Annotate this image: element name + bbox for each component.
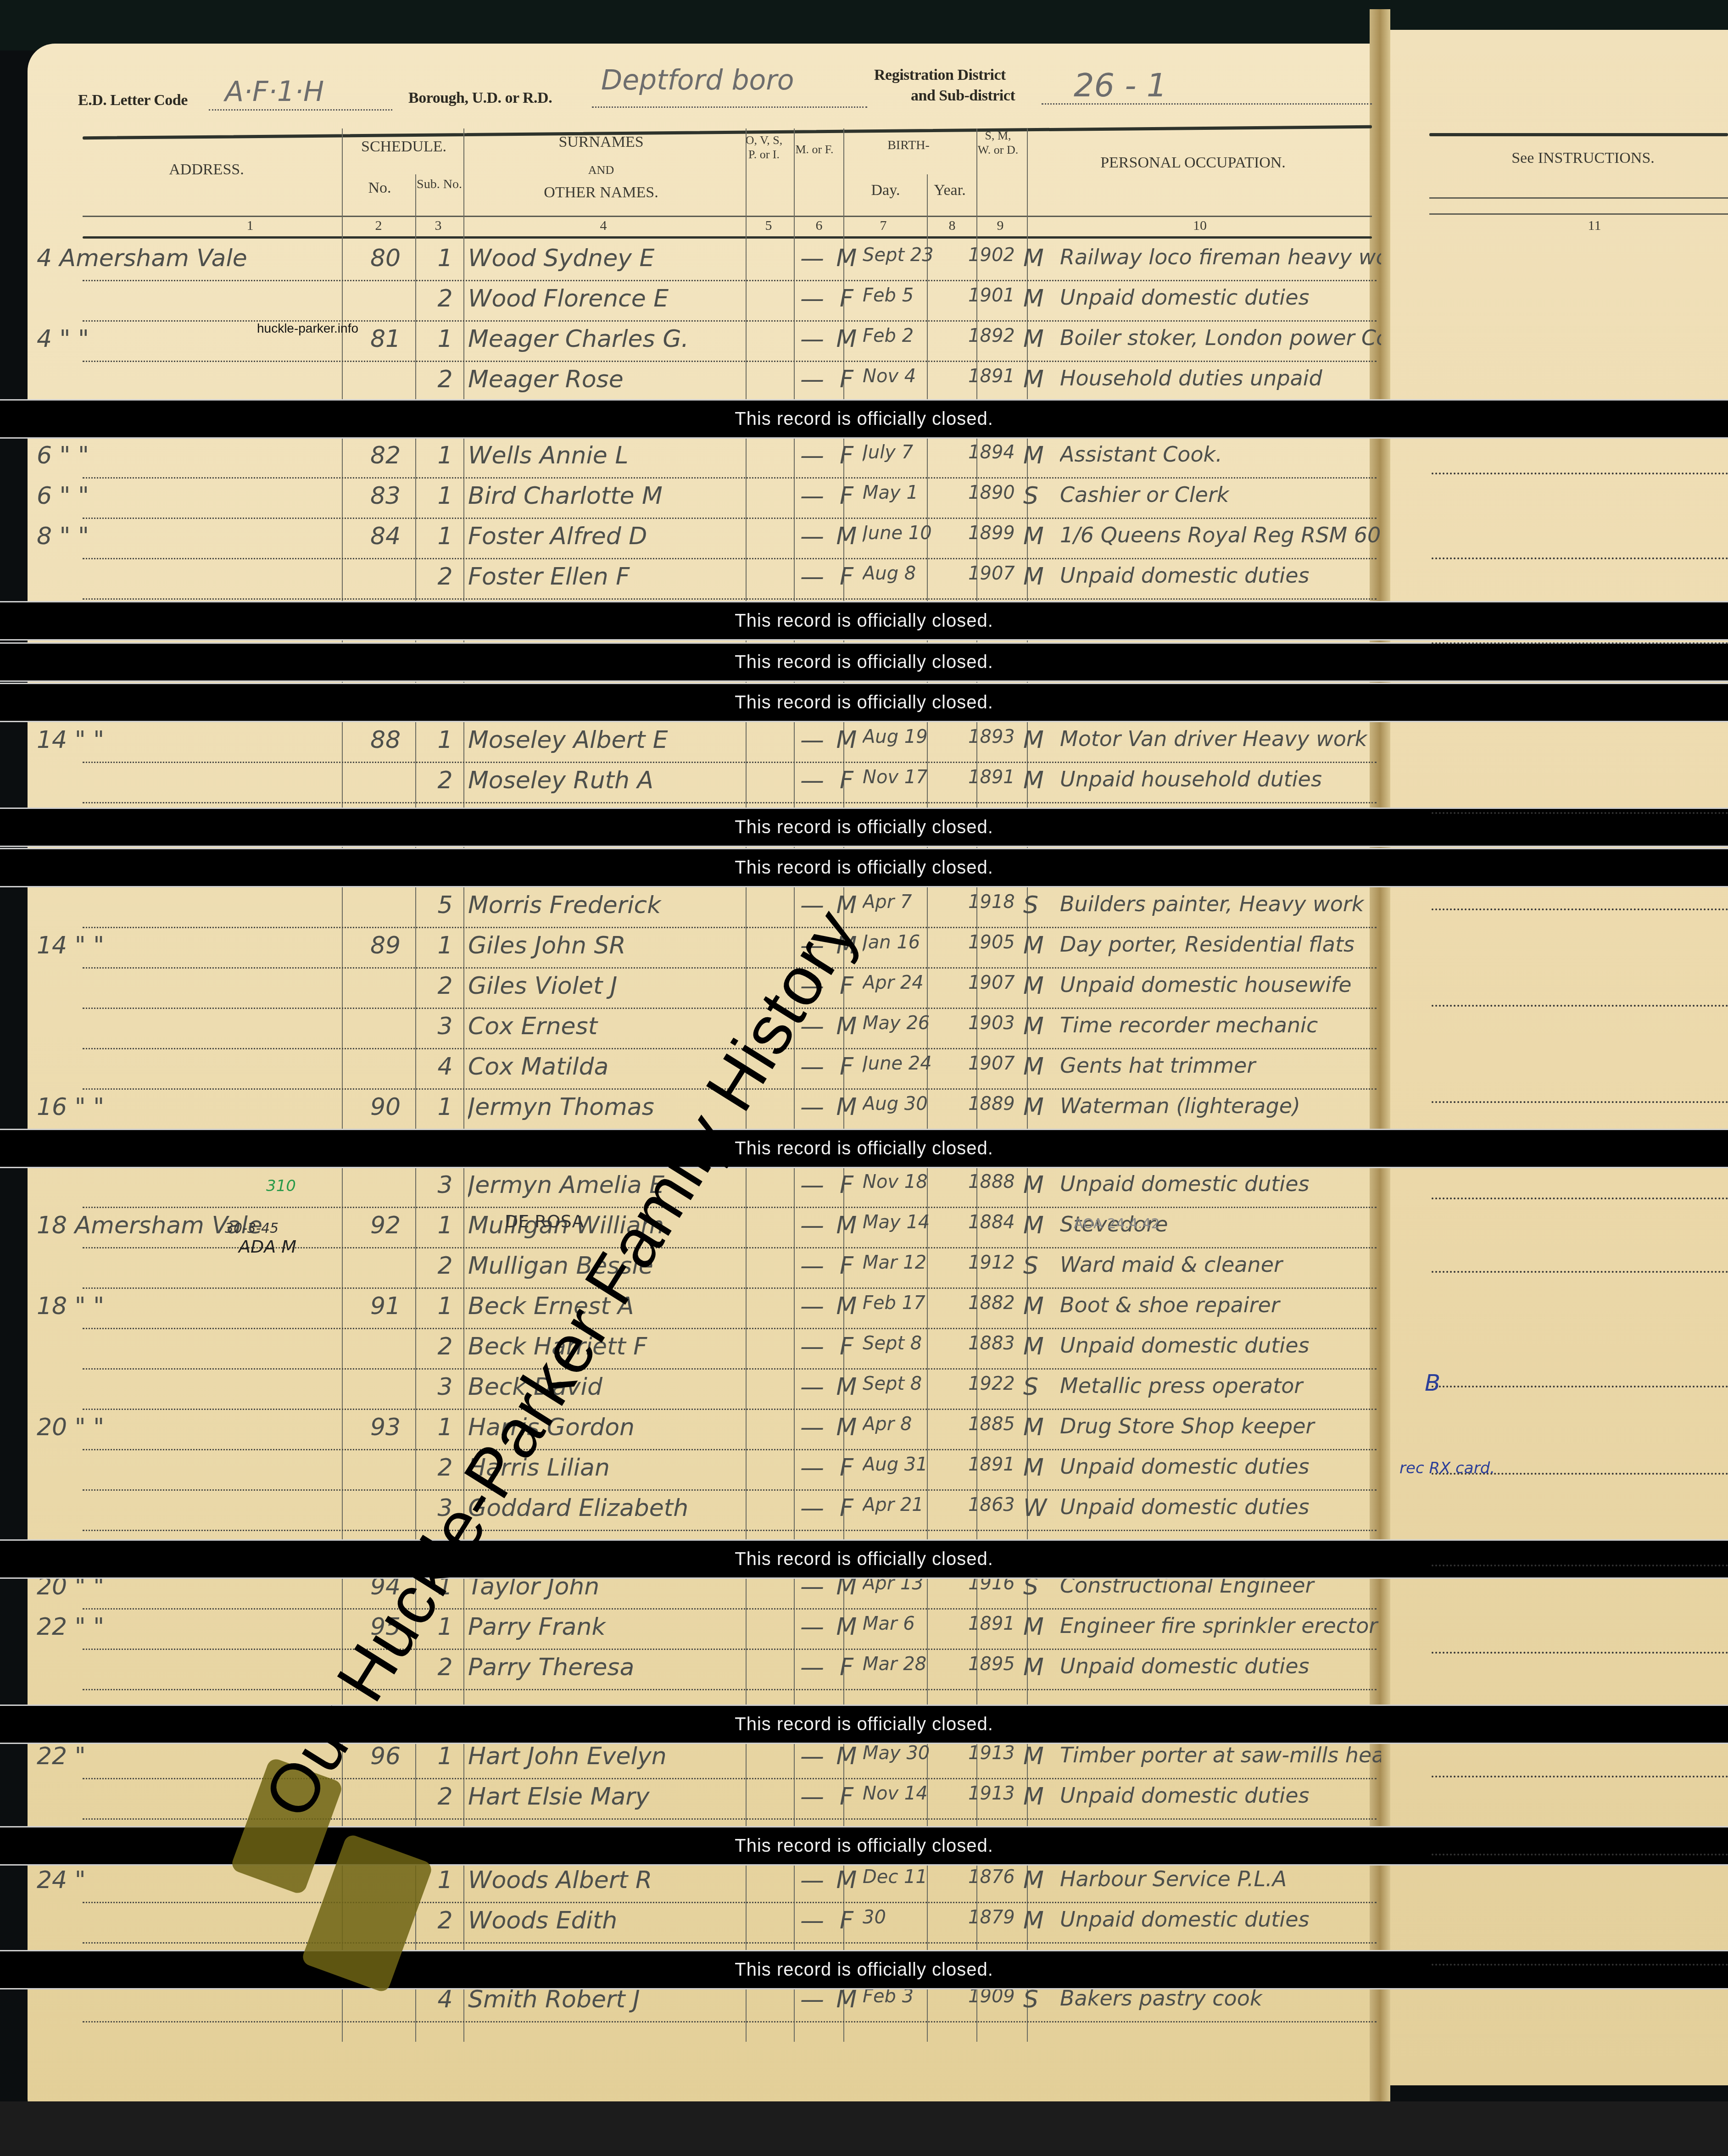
closed-record-bar: This record is officially closed. bbox=[0, 601, 1728, 641]
cell-no: 84 bbox=[353, 523, 418, 550]
cell-occupation: Unpaid domestic duties bbox=[1060, 563, 1381, 588]
cell-year: 1905 bbox=[968, 932, 1019, 953]
cell-occupation: Gents hat trimmer bbox=[1060, 1053, 1381, 1078]
cell-year: 1890 bbox=[968, 482, 1019, 503]
cell-marital: M bbox=[1023, 523, 1055, 550]
census-row: 3Cox Ernest—MMay 261903MTime recorder me… bbox=[37, 1009, 1377, 1049]
col-occupation: PERSONAL OCCUPATION. bbox=[1032, 154, 1354, 173]
cell-marital: M bbox=[1023, 563, 1055, 591]
census-row: 4 Amersham Vale801Wood Sydney E—MSept 23… bbox=[37, 241, 1377, 281]
dark-background-bottom bbox=[0, 2101, 1728, 2156]
closed-record-bar: This record is officially closed. bbox=[0, 683, 1728, 722]
column-number: 1 bbox=[241, 218, 259, 234]
cell-address: 6 " " bbox=[37, 482, 330, 510]
cell-year: 1892 bbox=[968, 325, 1019, 346]
cell-marital: S bbox=[1023, 1252, 1055, 1280]
cell-name: Hart Elsie Mary bbox=[468, 1783, 789, 1811]
cell-day: 30 bbox=[863, 1907, 968, 1928]
cell-occupation: Unpaid domestic duties bbox=[1060, 1171, 1381, 1196]
col-schedule: SCHEDULE. bbox=[344, 138, 463, 156]
cell-sub: 2 bbox=[431, 563, 459, 591]
cell-sex: M bbox=[831, 523, 863, 550]
cell-day: Aug 19 bbox=[863, 726, 968, 747]
cell-occupation: Motor Van driver Heavy work bbox=[1060, 726, 1381, 751]
right-page-line bbox=[1432, 557, 1728, 559]
cell-sex: M bbox=[831, 1743, 863, 1770]
sub-district-label: and Sub-district bbox=[911, 87, 1015, 105]
cell-sex: M bbox=[831, 1373, 863, 1401]
cell-ovs: — bbox=[798, 1093, 826, 1121]
column-number: 8 bbox=[943, 218, 961, 234]
cell-occupation: Waterman (lighterage) bbox=[1060, 1093, 1381, 1118]
census-row: 2Woods Edith—F301879MUnpaid domestic dut… bbox=[37, 1903, 1377, 1944]
margin-note-green-310: 310 bbox=[266, 1177, 296, 1195]
cell-no: 82 bbox=[353, 442, 418, 469]
cell-day: Nov 18 bbox=[863, 1171, 968, 1192]
column-number: 4 bbox=[594, 218, 613, 234]
right-page-line bbox=[1432, 908, 1728, 910]
census-row: 2Mulligan Bessie—FMar 121912SWard maid &… bbox=[37, 1248, 1377, 1289]
cell-marital: W bbox=[1023, 1494, 1055, 1522]
column-number: 7 bbox=[874, 218, 892, 234]
row-dotted-rule bbox=[83, 802, 1377, 803]
cell-occupation: Cashier or Clerk bbox=[1060, 482, 1381, 507]
cell-name: Beck Harriett F bbox=[468, 1333, 789, 1360]
col-schedule-no: No. bbox=[346, 179, 413, 198]
cell-no: 80 bbox=[353, 245, 418, 272]
cell-sex: F bbox=[831, 1494, 863, 1522]
cell-no: 90 bbox=[353, 1093, 418, 1121]
cell-address: 18 " " bbox=[37, 1292, 330, 1320]
cell-day: July 7 bbox=[863, 442, 968, 463]
cell-name: Woods Albert R bbox=[468, 1866, 789, 1894]
col-schedule-sub: Sub. No. bbox=[415, 177, 463, 192]
cell-day: Aug 8 bbox=[863, 563, 968, 584]
census-row: 2Meager Rose—FNov 41891MHousehold duties… bbox=[37, 362, 1377, 402]
cell-occupation: Boot & shoe repairer bbox=[1060, 1292, 1381, 1317]
cell-sub: 4 bbox=[431, 1053, 459, 1081]
cell-year: 1907 bbox=[968, 1053, 1019, 1074]
cell-year: 1907 bbox=[968, 563, 1019, 584]
cell-sex: F bbox=[831, 482, 863, 510]
cell-day: Nov 4 bbox=[863, 366, 968, 387]
cell-marital: M bbox=[1023, 1743, 1055, 1770]
cell-no: 83 bbox=[353, 482, 418, 510]
cell-day: Mar 6 bbox=[863, 1613, 968, 1634]
census-row: 4 " "811Meager Charles G.—MFeb 21892MBoi… bbox=[37, 322, 1377, 362]
cell-name: Smith Robert J bbox=[468, 1986, 789, 2013]
cell-marital: M bbox=[1023, 726, 1055, 754]
cell-sub: 1 bbox=[431, 1414, 459, 1441]
cell-ovs: — bbox=[798, 1212, 826, 1239]
cell-day: Sept 8 bbox=[863, 1333, 968, 1354]
closed-record-bar: This record is officially closed. bbox=[0, 1129, 1728, 1168]
cell-day: Feb 5 bbox=[863, 285, 968, 306]
cell-day: Apr 8 bbox=[863, 1414, 968, 1435]
cell-occupation: Unpaid domestic duties bbox=[1060, 1783, 1381, 1808]
cell-year: 1891 bbox=[968, 366, 1019, 387]
closed-record-bar: This record is officially closed. bbox=[0, 1539, 1728, 1579]
cell-name: Wood Sydney E bbox=[468, 245, 789, 272]
reg-district-value: 26 - 1 bbox=[1074, 67, 1167, 104]
cell-marital: M bbox=[1023, 932, 1055, 959]
cell-occupation: Day porter, Residential flats bbox=[1060, 932, 1381, 957]
census-row: 20 " "931Harris Gordon—MApr 81885MDrug S… bbox=[37, 1410, 1377, 1450]
cell-sex: F bbox=[831, 1053, 863, 1081]
cell-ovs: — bbox=[798, 366, 826, 393]
right-page-line bbox=[1432, 1005, 1728, 1007]
closed-record-bar: This record is officially closed. bbox=[0, 1705, 1728, 1744]
cell-occupation: Assistant Cook. bbox=[1060, 442, 1381, 467]
census-row: 14 " "881Moseley Albert E—MAug 191893MMo… bbox=[37, 723, 1377, 763]
cell-year: 1894 bbox=[968, 442, 1019, 463]
cell-occupation: Metallic press operator bbox=[1060, 1373, 1381, 1398]
ed-code-dotted-line bbox=[209, 109, 392, 111]
cell-name: Wood Florence E bbox=[468, 285, 789, 312]
cell-address: 20 " " bbox=[37, 1414, 330, 1441]
right-page-line bbox=[1432, 473, 1728, 474]
right-page-line bbox=[1432, 1776, 1728, 1777]
margin-note-de-rosa: DE ROSA bbox=[505, 1211, 584, 1231]
cell-day: Nov 17 bbox=[863, 767, 968, 788]
cell-sex: F bbox=[831, 285, 863, 312]
cell-sub: 2 bbox=[431, 1783, 459, 1811]
cell-ovs: — bbox=[798, 1252, 826, 1280]
right-header-bottom-rule bbox=[1429, 213, 1728, 215]
cell-sex: M bbox=[831, 325, 863, 353]
cell-address: 16 " " bbox=[37, 1093, 330, 1121]
census-row: 14 " "891Giles John SR—MJan 161905MDay p… bbox=[37, 928, 1377, 969]
cell-year: 1889 bbox=[968, 1093, 1019, 1114]
cell-sub: 1 bbox=[431, 482, 459, 510]
cell-name: Parry Frank bbox=[468, 1613, 789, 1641]
cell-occupation: Unpaid domestic housewife bbox=[1060, 972, 1381, 997]
cell-marital: M bbox=[1023, 1053, 1055, 1081]
right-header-top-rule bbox=[1429, 133, 1728, 136]
cell-name: Giles John SR bbox=[468, 932, 789, 959]
closed-record-text: This record is officially closed. bbox=[0, 1138, 1728, 1159]
cell-year: 1902 bbox=[968, 245, 1019, 266]
cell-ovs: — bbox=[798, 1414, 826, 1441]
cell-name: Moseley Albert E bbox=[468, 726, 789, 754]
cell-marital: M bbox=[1023, 1212, 1055, 1239]
cell-sex: M bbox=[831, 1093, 863, 1121]
cell-sub: 1 bbox=[431, 1212, 459, 1239]
column-number: 11 bbox=[1585, 218, 1604, 234]
cell-ovs: — bbox=[798, 285, 826, 312]
cell-marital: M bbox=[1023, 1613, 1055, 1641]
cell-sub: 1 bbox=[431, 1093, 459, 1121]
cell-day: Feb 2 bbox=[863, 325, 968, 346]
cell-ovs: — bbox=[798, 1654, 826, 1681]
col-marital: S, M, W. or D. bbox=[977, 128, 1019, 157]
cell-occupation: Railway loco fireman heavy work bbox=[1060, 245, 1381, 269]
cell-year: 1899 bbox=[968, 523, 1019, 544]
census-row: 2Moseley Ruth A—FNov 171891MUnpaid house… bbox=[37, 763, 1377, 803]
cell-no: 93 bbox=[353, 1414, 418, 1441]
row-dotted-rule bbox=[83, 1530, 1377, 1531]
cell-sub: 1 bbox=[431, 245, 459, 272]
row-dotted-rule bbox=[83, 1942, 1377, 1944]
cell-year: 1882 bbox=[968, 1292, 1019, 1314]
cell-marital: S bbox=[1023, 891, 1055, 919]
closed-record-bar: This record is officially closed. bbox=[0, 399, 1728, 439]
cell-occupation: Timber porter at saw-mills heavy worker bbox=[1060, 1743, 1381, 1767]
cell-sex: M bbox=[831, 1292, 863, 1320]
cell-day: June 24 bbox=[863, 1053, 968, 1074]
col-names-3: OTHER NAMES. bbox=[463, 184, 739, 202]
cell-sub: 2 bbox=[431, 972, 459, 1000]
cell-year: 1884 bbox=[968, 1212, 1019, 1233]
cell-no: 81 bbox=[353, 325, 418, 353]
cell-year: 1912 bbox=[968, 1252, 1019, 1273]
cell-day: Apr 7 bbox=[863, 891, 968, 913]
cell-day: Mar 12 bbox=[863, 1252, 968, 1273]
cell-day: Aug 30 bbox=[863, 1093, 968, 1114]
cell-occupation: Unpaid domestic duties bbox=[1060, 1494, 1381, 1519]
cell-year: 1863 bbox=[968, 1494, 1019, 1515]
cell-day: Jan 16 bbox=[863, 932, 968, 953]
cell-year: 1888 bbox=[968, 1171, 1019, 1192]
cell-sex: F bbox=[831, 1171, 863, 1199]
cell-ovs: — bbox=[798, 1333, 826, 1360]
cell-name: Morris Frederick bbox=[468, 891, 789, 919]
cell-occupation: Unpaid domestic duties bbox=[1060, 1654, 1381, 1678]
cell-name: Wells Annie L bbox=[468, 442, 789, 469]
cell-marital: M bbox=[1023, 1292, 1055, 1320]
cell-ovs: — bbox=[798, 767, 826, 794]
col-instructions: See INSTRUCTIONS. bbox=[1445, 149, 1721, 168]
cell-year: 1891 bbox=[968, 1454, 1019, 1475]
cell-sex: M bbox=[831, 1013, 863, 1040]
closed-record-text: This record is officially closed. bbox=[0, 409, 1728, 429]
cell-sub: 1 bbox=[431, 726, 459, 754]
cell-year: 1913 bbox=[968, 1783, 1019, 1804]
cell-occupation: Engineer fire sprinkler erector bbox=[1060, 1613, 1381, 1638]
cell-ovs: — bbox=[798, 1866, 826, 1894]
cell-marital: M bbox=[1023, 1093, 1055, 1121]
cell-sub: 2 bbox=[431, 1252, 459, 1280]
cell-marital: M bbox=[1023, 1414, 1055, 1441]
cell-marital: M bbox=[1023, 1454, 1055, 1482]
cell-year: 1891 bbox=[968, 1613, 1019, 1634]
right-header-mid-rule bbox=[1429, 197, 1728, 199]
cell-sub: 2 bbox=[431, 1907, 459, 1934]
census-row: 22 " "951Parry Frank—MMar 61891MEngineer… bbox=[37, 1610, 1377, 1650]
col-ovs: O, V, S, P. or I. bbox=[743, 133, 785, 162]
census-row: 18 " "911Beck Ernest A—MFeb 171882MBoot … bbox=[37, 1289, 1377, 1329]
cell-sex: F bbox=[831, 1252, 863, 1280]
cell-marital: M bbox=[1023, 442, 1055, 469]
cell-ovs: — bbox=[798, 523, 826, 550]
cell-marital: S bbox=[1023, 1986, 1055, 2013]
cell-year: 1893 bbox=[968, 726, 1019, 747]
cell-sub: 5 bbox=[431, 891, 459, 919]
cell-sex: M bbox=[831, 1613, 863, 1641]
census-row: 22 "961Hart John Evelyn—MMay 301913MTimb… bbox=[37, 1739, 1377, 1779]
cell-sex: M bbox=[831, 245, 863, 272]
cell-sex: F bbox=[831, 1654, 863, 1681]
cell-ovs: — bbox=[798, 1986, 826, 2013]
cell-sex: F bbox=[831, 1783, 863, 1811]
cell-no: 91 bbox=[353, 1292, 418, 1320]
cell-address: 14 " " bbox=[37, 932, 330, 959]
cell-marital: S bbox=[1023, 482, 1055, 510]
cell-occupation: Household duties unpaid bbox=[1060, 366, 1381, 390]
census-row: 2Harris Lilian—FAug 311891MUnpaid domest… bbox=[37, 1450, 1377, 1491]
cell-sub: 1 bbox=[431, 932, 459, 959]
cell-year: 1903 bbox=[968, 1013, 1019, 1034]
cell-marital: M bbox=[1023, 972, 1055, 1000]
cell-day: May 30 bbox=[863, 1743, 968, 1764]
closed-record-text: This record is officially closed. bbox=[0, 1549, 1728, 1570]
cell-address: 22 " " bbox=[37, 1613, 330, 1641]
cell-sub: 2 bbox=[431, 767, 459, 794]
cell-year: 1918 bbox=[968, 891, 1019, 913]
closed-record-text: This record is officially closed. bbox=[0, 1960, 1728, 1980]
cell-year: 1907 bbox=[968, 972, 1019, 993]
cell-sub: 1 bbox=[431, 1292, 459, 1320]
cell-occupation: Unpaid domestic duties bbox=[1060, 1454, 1381, 1479]
cell-sex: F bbox=[831, 1907, 863, 1934]
header-bottom-rule bbox=[83, 236, 1372, 239]
cell-day: Mar 28 bbox=[863, 1654, 968, 1675]
ed-letter-code-label: E.D. Letter Code bbox=[78, 92, 188, 109]
borough-dotted-line bbox=[592, 106, 867, 108]
cell-sex: F bbox=[831, 1333, 863, 1360]
cell-ovs: — bbox=[798, 1494, 826, 1522]
cell-day: Nov 14 bbox=[863, 1783, 968, 1804]
cell-ovs: — bbox=[798, 325, 826, 353]
col-address: ADDRESS. bbox=[92, 161, 321, 179]
cell-name: Foster Alfred D bbox=[468, 523, 789, 550]
cell-marital: M bbox=[1023, 1013, 1055, 1040]
borough-value: Deptford boro bbox=[601, 64, 794, 96]
census-row: 2Giles Violet J—FApr 241907MUnpaid domes… bbox=[37, 969, 1377, 1009]
cell-name: Parry Theresa bbox=[468, 1654, 789, 1681]
cell-year: 1879 bbox=[968, 1907, 1019, 1928]
row-dotted-rule bbox=[83, 598, 1377, 600]
cell-sub: 3 bbox=[431, 1013, 459, 1040]
closed-record-bar: This record is officially closed. bbox=[0, 1950, 1728, 1989]
cell-year: 1883 bbox=[968, 1333, 1019, 1354]
cell-year: 1922 bbox=[968, 1373, 1019, 1394]
cell-name: Hart John Evelyn bbox=[468, 1743, 789, 1770]
col-names-2: AND bbox=[463, 163, 739, 177]
cell-sex: F bbox=[831, 563, 863, 591]
cell-marital: M bbox=[1023, 1907, 1055, 1934]
cell-occupation: Unpaid domestic duties bbox=[1060, 285, 1381, 310]
cell-address: 18 Amersham Vale bbox=[37, 1212, 330, 1239]
column-number: 6 bbox=[810, 218, 828, 234]
right-page-line bbox=[1432, 812, 1728, 814]
cell-sub: 3 bbox=[431, 1373, 459, 1401]
census-row: 2Wood Florence E—FFeb 51901MUnpaid domes… bbox=[37, 281, 1377, 322]
col-names-1: SURNAMES bbox=[463, 133, 739, 152]
cell-ovs: — bbox=[798, 442, 826, 469]
cell-day: Apr 21 bbox=[863, 1494, 968, 1515]
row-dotted-rule bbox=[83, 1689, 1377, 1690]
cell-ovs: — bbox=[798, 1373, 826, 1401]
cell-occupation: Ward maid & cleaner bbox=[1060, 1252, 1381, 1277]
cell-ovs: — bbox=[798, 1613, 826, 1641]
cell-marital: S bbox=[1023, 1373, 1055, 1401]
cell-sex: M bbox=[831, 1986, 863, 2013]
census-row: 2Parry Theresa—FMar 281895MUnpaid domest… bbox=[37, 1650, 1377, 1690]
cell-sub: 1 bbox=[431, 325, 459, 353]
closed-record-text: This record is officially closed. bbox=[0, 611, 1728, 631]
cell-sub: 2 bbox=[431, 366, 459, 393]
row-dotted-rule bbox=[83, 2021, 1377, 2022]
cell-year: 1891 bbox=[968, 767, 1019, 788]
cell-address: 14 " " bbox=[37, 726, 330, 754]
cell-no: 89 bbox=[353, 932, 418, 959]
margin-note-date: 30-3-45 bbox=[225, 1220, 279, 1237]
cell-sex: M bbox=[831, 1212, 863, 1239]
cell-sex: M bbox=[831, 1414, 863, 1441]
right-page-line bbox=[1432, 1271, 1728, 1273]
borough-label: Borough, U.D. or R.D. bbox=[408, 89, 552, 107]
site-watermark: huckle-parker.info bbox=[257, 321, 358, 336]
cell-no: 92 bbox=[353, 1212, 418, 1239]
cell-day: Dec 11 bbox=[863, 1866, 968, 1888]
cell-marital: M bbox=[1023, 1654, 1055, 1681]
cell-marital: M bbox=[1023, 366, 1055, 393]
header-mid-rule bbox=[83, 216, 1372, 217]
census-row: 2Hart Elsie Mary—FNov 141913MUnpaid dome… bbox=[37, 1779, 1377, 1820]
cell-occupation: Unpaid domestic duties bbox=[1060, 1907, 1381, 1932]
cell-day: Aug 31 bbox=[863, 1454, 968, 1475]
cell-occupation: Builders painter, Heavy work bbox=[1060, 891, 1381, 916]
cell-occupation: Unpaid domestic duties bbox=[1060, 1333, 1381, 1358]
cell-ovs: — bbox=[798, 245, 826, 272]
cell-ovs: — bbox=[798, 1454, 826, 1482]
cell-marital: M bbox=[1023, 325, 1055, 353]
margin-note-ada-m: ADA M bbox=[239, 1237, 296, 1257]
closed-record-text: This record is officially closed. bbox=[0, 1714, 1728, 1735]
cell-sub: 1 bbox=[431, 1866, 459, 1894]
cell-occupation: Bakers pastry cook bbox=[1060, 1986, 1381, 2011]
cell-address: 8 " " bbox=[37, 523, 330, 550]
census-row: 3Goddard Elizabeth—FApr 211863WUnpaid do… bbox=[37, 1491, 1377, 1531]
cell-marital: M bbox=[1023, 285, 1055, 312]
cell-ovs: — bbox=[798, 482, 826, 510]
cell-marital: M bbox=[1023, 1866, 1055, 1894]
cell-day: May 1 bbox=[863, 482, 968, 503]
cell-sex: M bbox=[831, 1866, 863, 1894]
cell-ovs: — bbox=[798, 563, 826, 591]
cell-ovs: — bbox=[798, 1292, 826, 1320]
cell-ovs: — bbox=[798, 1743, 826, 1770]
column-number: 5 bbox=[759, 218, 778, 234]
col-birth-year: Year. bbox=[927, 181, 973, 200]
cell-ovs: — bbox=[798, 1907, 826, 1934]
cell-name: Woods Edith bbox=[468, 1907, 789, 1934]
cell-sex: M bbox=[831, 726, 863, 754]
cell-day: Apr 24 bbox=[863, 972, 968, 993]
census-row: 8 " "841Foster Alfred D—MJune 101899M1/6… bbox=[37, 519, 1377, 559]
column-number: 9 bbox=[991, 218, 1009, 234]
census-row: 3Beck David—MSept 81922SMetallic press o… bbox=[37, 1370, 1377, 1410]
census-row: 5Morris Frederick—MApr 71918SBuilders pa… bbox=[37, 888, 1377, 928]
right-page-line bbox=[1432, 1565, 1728, 1566]
cell-name: Meager Rose bbox=[468, 366, 789, 393]
cell-year: 1913 bbox=[968, 1743, 1019, 1764]
right-page-line bbox=[1432, 1101, 1728, 1103]
reg-district-label: Registration District bbox=[874, 67, 1006, 84]
cell-sub: 1 bbox=[431, 523, 459, 550]
ed-letter-code-value: A·F·1·H bbox=[225, 76, 324, 108]
